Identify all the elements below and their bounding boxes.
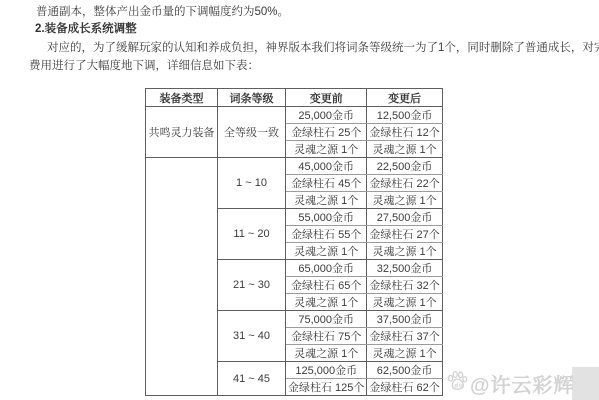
cell-before: 金绿柱石 25个 [286, 124, 367, 141]
entry-level-cell: 21 ~ 30 [218, 260, 286, 311]
cell-before: 125,000金币 [286, 362, 367, 379]
cell-after: 32,500金币 [367, 260, 442, 277]
table-header-cell: 变更后 [367, 89, 442, 107]
cell-after: 62,500金币 [367, 362, 442, 379]
cell-before: 灵魂之源 1个 [286, 345, 367, 362]
cell-after: 金绿柱石 37个 [367, 328, 442, 345]
cell-before: 75,000金币 [286, 311, 367, 328]
table-header-row: 装备类型词条等级变更前变更后 [146, 89, 443, 107]
table-header-cell: 词条等级 [218, 89, 286, 107]
cell-before: 55,000金币 [286, 209, 367, 226]
cell-before: 灵魂之源 1个 [286, 294, 367, 311]
baidu-paw-icon: du [446, 370, 468, 398]
cell-before: 金绿柱石 45个 [286, 175, 367, 192]
cell-after: 金绿柱石 27个 [367, 226, 442, 243]
document-page: 普通副本，整体产出金币量的下调幅度约为50%。 2.装备成长系统调整 对应的，为… [0, 0, 599, 400]
cell-before: 金绿柱石 125个 [286, 379, 367, 396]
table-body: 共鸣灵力装备全等级一致25,000金币12,500金币金绿柱石 25个金绿柱石 … [146, 107, 443, 396]
entry-level-cell: 全等级一致 [218, 107, 286, 158]
cell-before: 金绿柱石 65个 [286, 277, 367, 294]
cell-before: 灵魂之源 1个 [286, 141, 367, 158]
cell-after: 金绿柱石 22个 [367, 175, 442, 192]
table-row: 共鸣灵力装备全等级一致25,000金币12,500金币 [146, 107, 443, 124]
watermark: du @许云彩辉 [446, 369, 575, 398]
cell-before: 25,000金币 [286, 107, 367, 124]
equipment-type-cell: 共鸣灵力装备 [146, 107, 218, 158]
cell-after: 37,500金币 [367, 311, 442, 328]
cell-after: 金绿柱石 12个 [367, 124, 442, 141]
cell-before: 65,000金币 [286, 260, 367, 277]
cell-after: 22,500金币 [367, 158, 442, 175]
corner-gray-box [572, 367, 599, 400]
cell-before: 金绿柱石 75个 [286, 328, 367, 345]
svg-text:du: du [454, 383, 463, 389]
cell-after: 金绿柱石 32个 [367, 277, 442, 294]
cell-before: 灵魂之源 1个 [286, 243, 367, 260]
entry-level-cell: 31 ~ 40 [218, 311, 286, 362]
paragraph-line-2: 费用进行了大幅度地下调，详细信息如下表： [29, 59, 259, 73]
entry-level-cell: 1 ~ 10 [218, 158, 286, 209]
table-header-cell: 变更前 [286, 89, 367, 107]
cell-after: 27,500金币 [367, 209, 442, 226]
equipment-type-cell-empty [146, 158, 218, 396]
paragraph-line-1: 对应的，为了缓解玩家的认知和养成负担，神界版本我们将词条等级统一为了1个，同时删… [47, 41, 599, 55]
table-header-cell: 装备类型 [146, 89, 218, 107]
entry-level-cell: 41 ~ 45 [218, 362, 286, 396]
entry-level-cell: 11 ~ 20 [218, 209, 286, 260]
intro-line: 普通副本，整体产出金币量的下调幅度约为50%。 [36, 5, 289, 19]
cell-after: 灵魂之源 1个 [367, 192, 442, 209]
equipment-cost-table: 装备类型词条等级变更前变更后 共鸣灵力装备全等级一致25,000金币12,500… [145, 88, 443, 396]
cell-after: 灵魂之源 1个 [367, 345, 442, 362]
cell-after: 金绿柱石 62个 [367, 379, 442, 396]
cell-after: 灵魂之源 1个 [367, 243, 442, 260]
cell-before: 灵魂之源 1个 [286, 192, 367, 209]
table-row: 1 ~ 1045,000金币22,500金币 [146, 158, 443, 175]
cell-before: 45,000金币 [286, 158, 367, 175]
cell-before: 金绿柱石 55个 [286, 226, 367, 243]
cell-after: 12,500金币 [367, 107, 442, 124]
table-header-row: 装备类型词条等级变更前变更后 [146, 89, 443, 107]
cell-after: 灵魂之源 1个 [367, 141, 442, 158]
cell-after: 灵魂之源 1个 [367, 294, 442, 311]
section-heading: 2.装备成长系统调整 [35, 22, 137, 36]
watermark-text: @许云彩辉 [470, 369, 575, 398]
